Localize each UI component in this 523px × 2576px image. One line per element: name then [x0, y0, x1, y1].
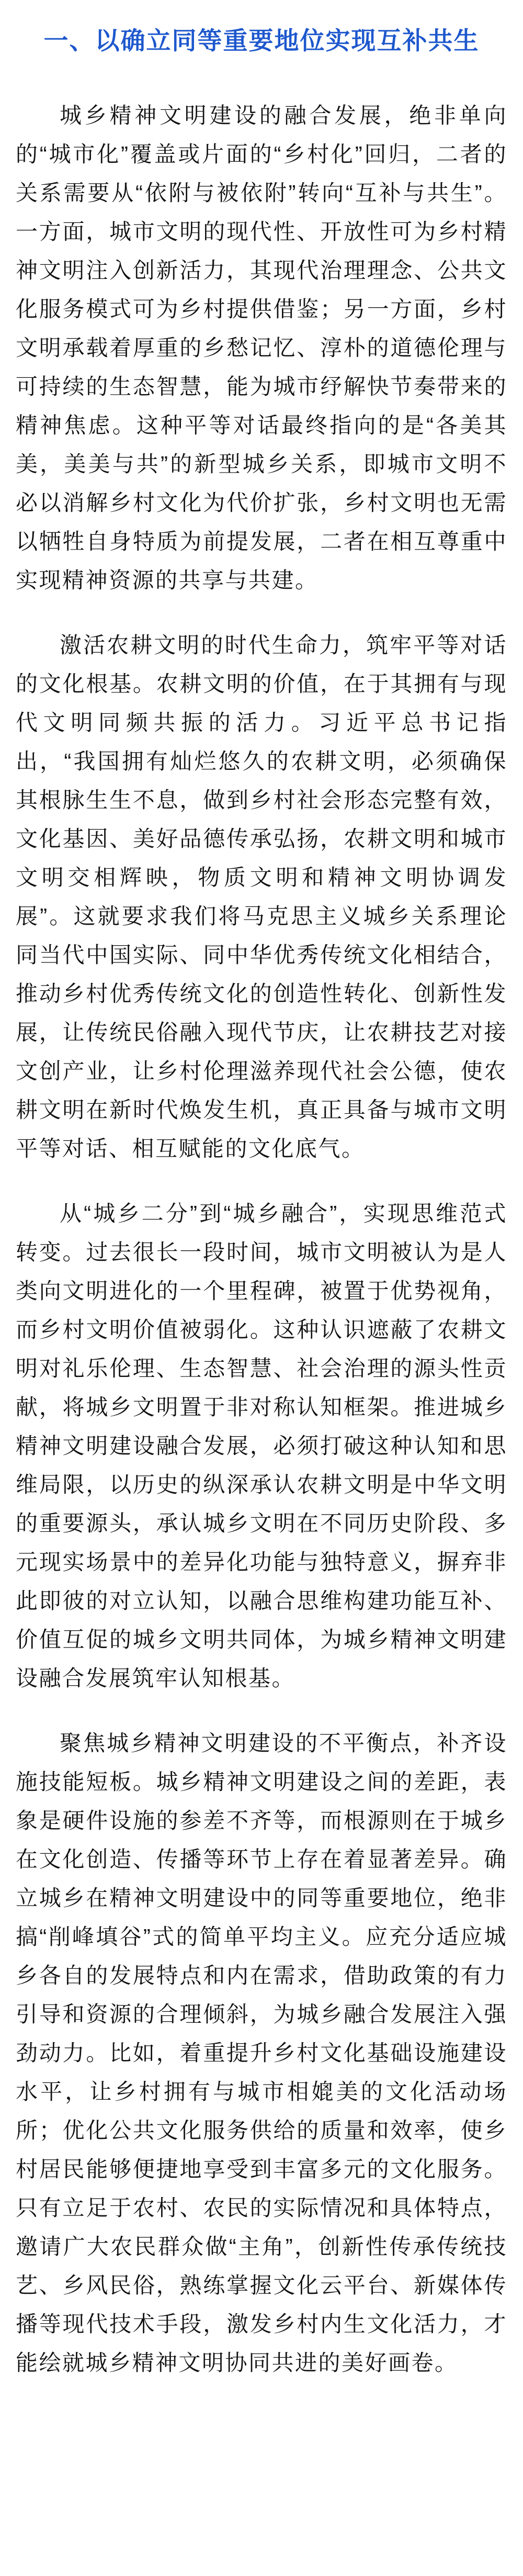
section-heading: 一、以确立同等重要地位实现互补共生: [16, 27, 507, 54]
article-page: 一、以确立同等重要地位实现互补共生 城乡精神文明建设的融合发展，绝非单向的“城市…: [0, 0, 523, 2576]
paragraph-1: 城乡精神文明建设的融合发展，绝非单向的“城市化”覆盖或片面的“乡村化”回归，二者…: [16, 96, 507, 600]
paragraph-3: 从“城乡二分”到“城乡融合”，实现思维范式转变。过去很长一段时间，城市文明被认为…: [16, 1194, 507, 1698]
article-body: 城乡精神文明建设的融合发展，绝非单向的“城市化”覆盖或片面的“乡村化”回归，二者…: [16, 96, 507, 2382]
paragraph-4: 聚焦城乡精神文明建设的不平衡点，补齐设施技能短板。城乡精神文明建设之间的差距，表…: [16, 1724, 507, 2382]
paragraph-2: 激活农耕文明的时代生命力，筑牢平等对话的文化根基。农耕文明的价值，在于其拥有与现…: [16, 626, 507, 1168]
